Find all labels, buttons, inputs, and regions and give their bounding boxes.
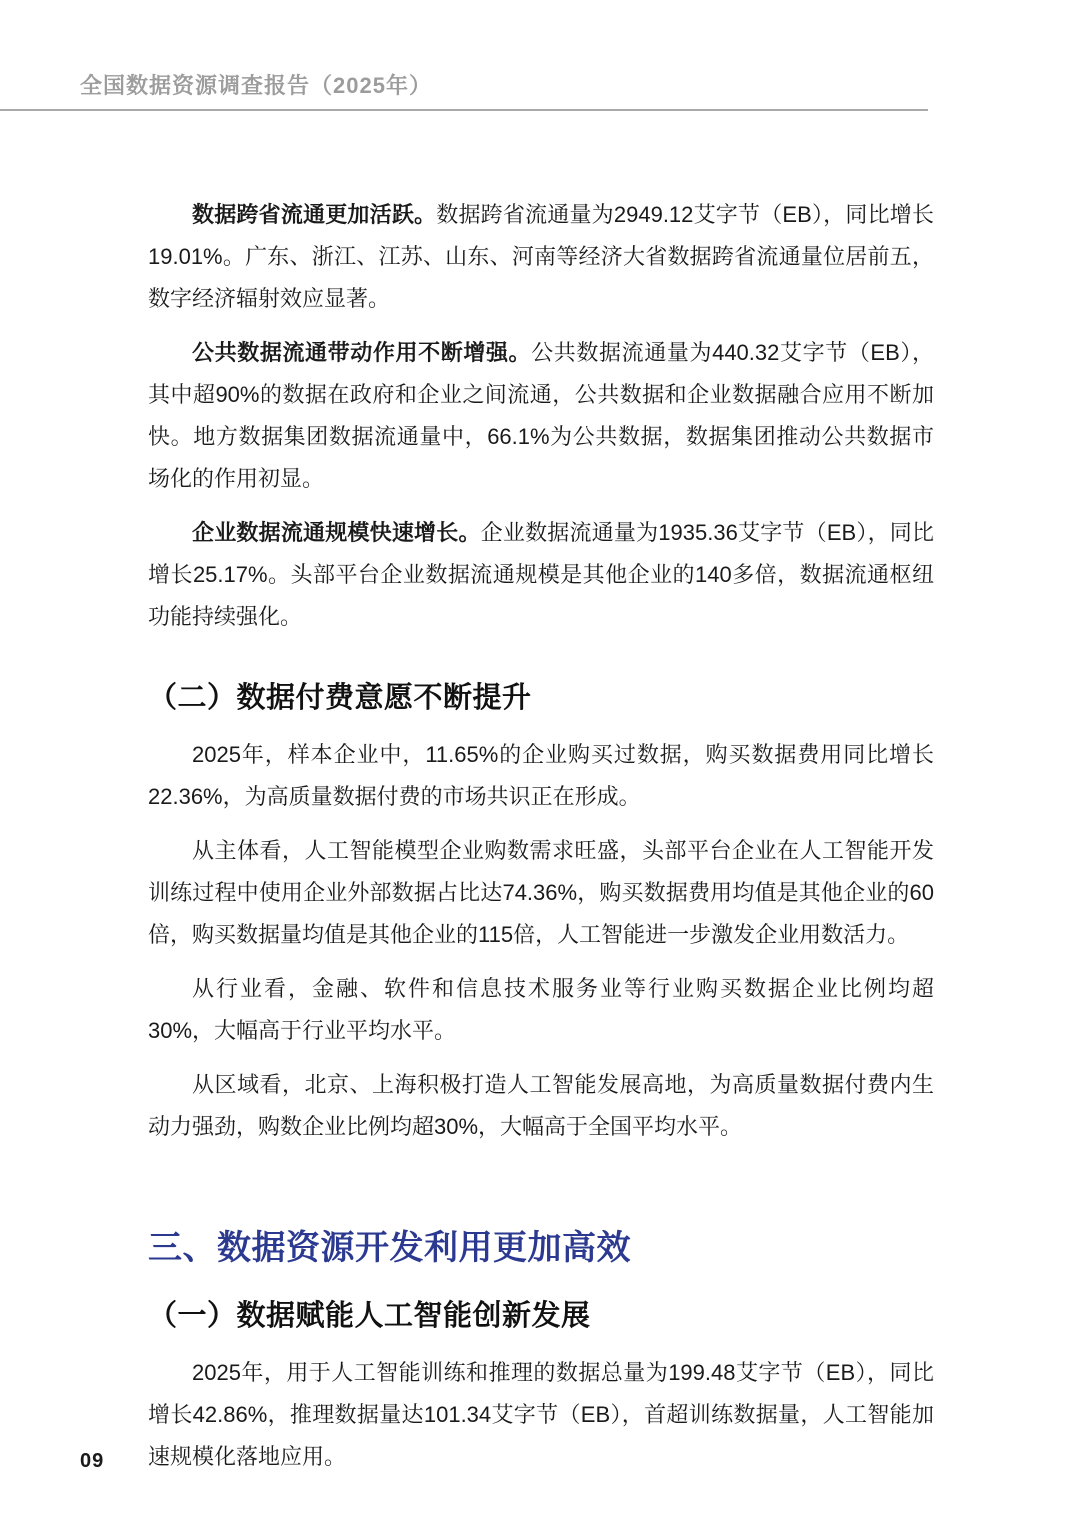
report-page: 全国数据资源调查报告（2025年） 数据跨省流通更加活跃。数据跨省流通量为294… (0, 0, 1080, 1533)
header-divider-line (0, 109, 928, 111)
paragraph-enterprise-data-flow: 企业数据流通规模快速增长。企业数据流通量为1935.36艾字节（EB），同比增长… (148, 512, 934, 638)
paragraph-by-industry: 从行业看，金融、软件和信息技术服务业等行业购买数据企业比例均超30%，大幅高于行… (148, 968, 934, 1052)
chapter-heading-data-utilization: 三、数据资源开发利用更加高效 (148, 1224, 934, 1272)
page-content: 数据跨省流通更加活跃。数据跨省流通量为2949.12艾字节（EB），同比增长19… (148, 194, 934, 1490)
paragraph-lead: 公共数据流通带动作用不断增强。 (192, 340, 531, 365)
section-heading-ai-innovation: （一）数据赋能人工智能创新发展 (148, 1296, 934, 1336)
paragraph-ai-data-volume: 2025年，用于人工智能训练和推理的数据总量为199.48艾字节（EB），同比增… (148, 1352, 934, 1478)
page-number: 09 (80, 1450, 104, 1473)
running-header-title: 全国数据资源调查报告（2025年） (80, 72, 432, 100)
section-heading-data-payment: （二）数据付费意愿不断提升 (148, 678, 934, 718)
paragraph-lead: 数据跨省流通更加活跃。 (192, 202, 436, 227)
paragraph-lead: 企业数据流通规模快速增长。 (192, 520, 481, 545)
paragraph-payment-overview: 2025年，样本企业中，11.65%的企业购买过数据，购买数据费用同比增长22.… (148, 734, 934, 818)
paragraph-by-entity: 从主体看，人工智能模型企业购数需求旺盛，头部平台企业在人工智能开发训练过程中使用… (148, 830, 934, 956)
paragraph-cross-province-flow: 数据跨省流通更加活跃。数据跨省流通量为2949.12艾字节（EB），同比增长19… (148, 194, 934, 320)
paragraph-by-region: 从区域看，北京、上海积极打造人工智能发展高地，为高质量数据付费内生动力强劲，购数… (148, 1064, 934, 1148)
paragraph-public-data-flow: 公共数据流通带动作用不断增强。公共数据流通量为440.32艾字节（EB），其中超… (148, 332, 934, 500)
